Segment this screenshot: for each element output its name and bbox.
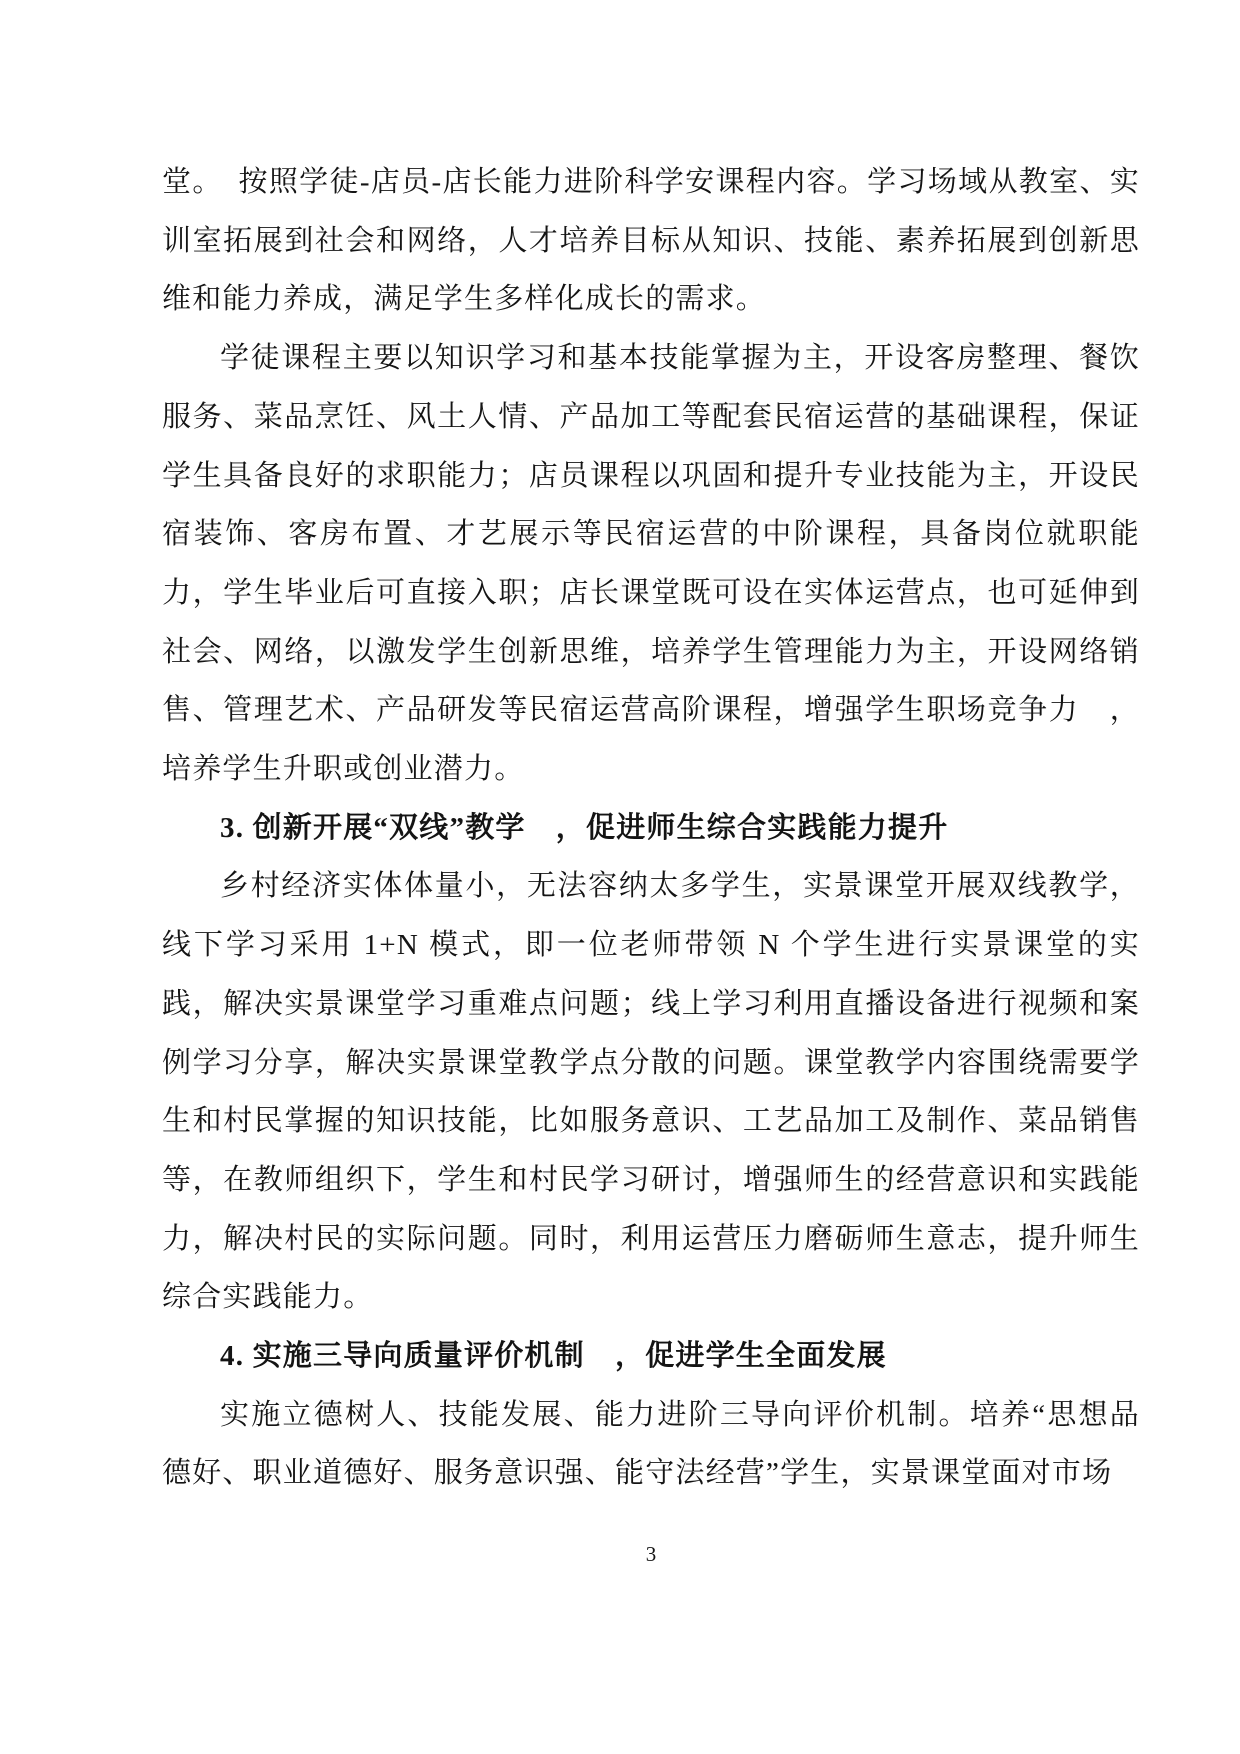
- section-heading: 3. 创新开展“双线”教学 ，促进师生综合实践能力提升: [162, 799, 1140, 858]
- body-paragraph: 实施立德树人、技能发展、能力进阶三导向评价机制。培养“思想品德好、职业道德好、服…: [162, 1386, 1140, 1503]
- body-paragraph: 堂。 按照学徒-店员-店长能力进阶科学安课程内容。学习场域从教室、实训室拓展到社…: [162, 153, 1140, 329]
- body-paragraph: 乡村经济实体体量小，无法容纳太多学生，实景课堂开展双线教学，线下学习采用 1+N…: [162, 857, 1140, 1327]
- page-number: 3: [162, 1541, 1140, 1567]
- section-heading: 4. 实施三导向质量评价机制 ，促进学生全面发展: [162, 1327, 1140, 1386]
- body-paragraph: 学徒课程主要以知识学习和基本技能掌握为主，开设客房整理、餐饮服务、菜品烹饪、风土…: [162, 329, 1140, 799]
- document-page: 堂。 按照学徒-店员-店长能力进阶科学安课程内容。学习场域从教室、实训室拓展到社…: [0, 0, 1240, 1754]
- document-body: 堂。 按照学徒-店员-店长能力进阶科学安课程内容。学习场域从教室、实训室拓展到社…: [162, 153, 1140, 1503]
